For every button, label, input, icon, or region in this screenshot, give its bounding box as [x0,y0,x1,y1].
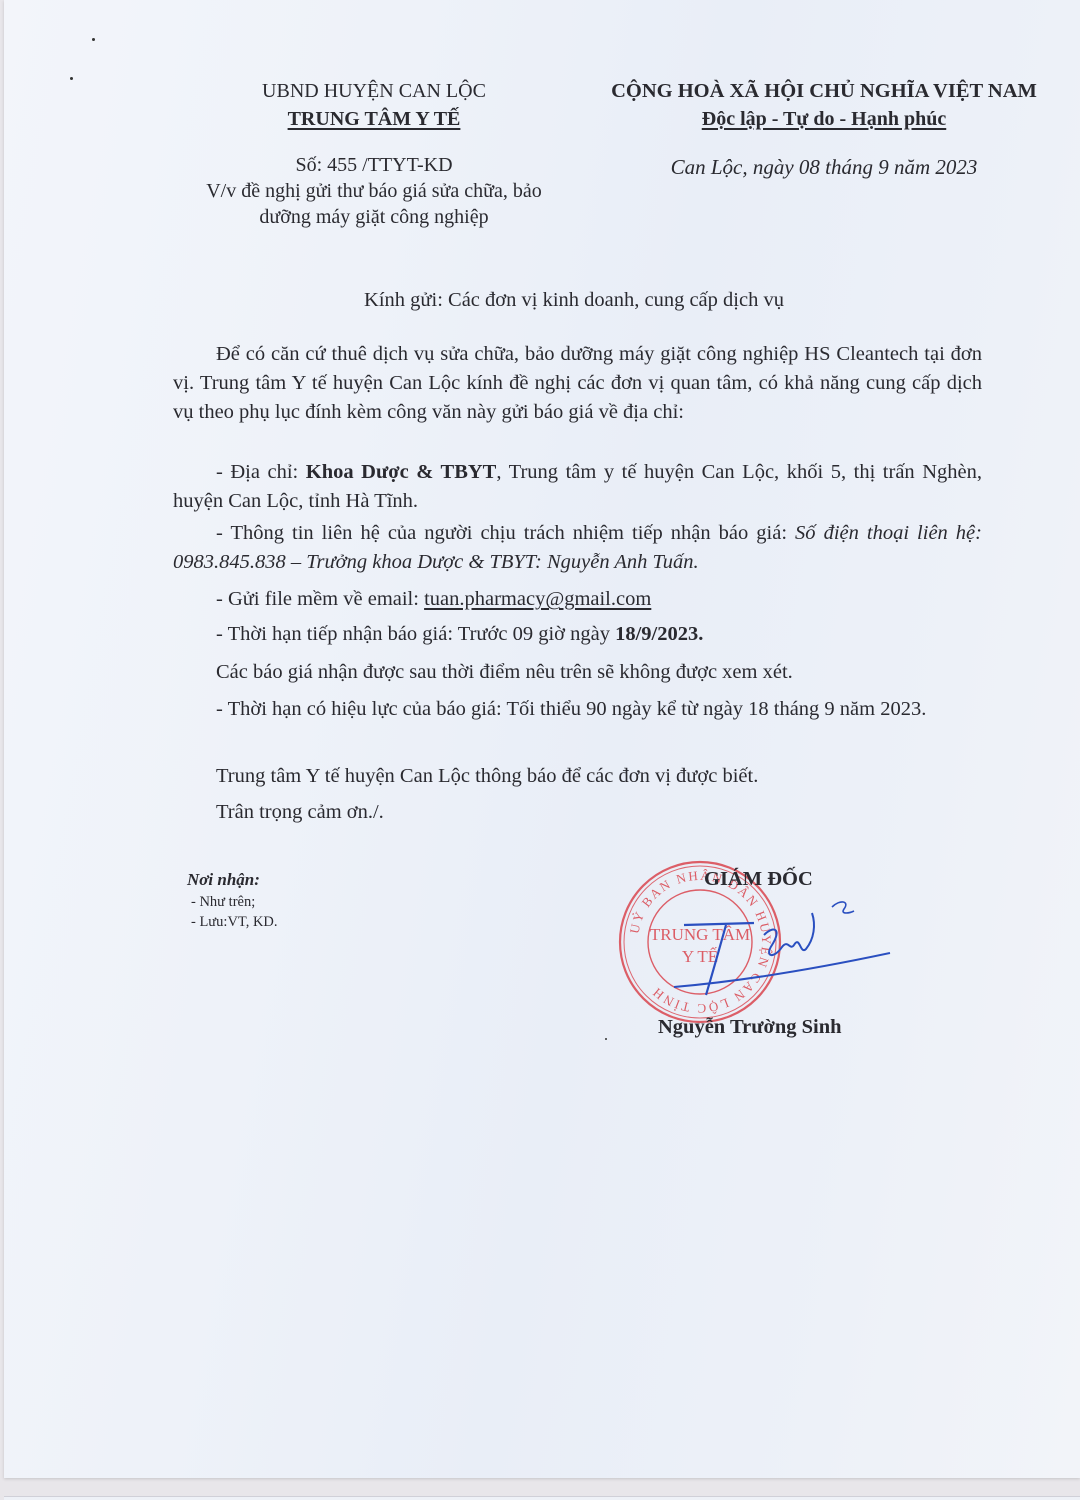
contact-prefix: - Thông tin liên hệ của người chịu trách… [216,522,795,544]
subject-line-1: V/v đề nghị gửi thư báo giá sửa chữa, bả… [164,178,584,204]
deadline-paragraph: - Thời hạn tiếp nhận báo giá: Trước 09 g… [173,620,982,649]
validity-paragraph: - Thời hạn có hiệu lực của báo giá: Tối … [173,695,982,724]
recipient-item: - Lưu:VT, KD. [191,914,278,931]
issuing-unit: TRUNG TÂM Y TẾ [164,106,584,132]
deadline-date: 18/9/2023. [615,623,703,645]
intro-paragraph: Để có căn cứ thuê dịch vụ sửa chữa, bảo … [173,340,982,427]
scan-speck [605,1038,607,1040]
national-header-block: CỘNG HOÀ XÃ HỘI CHỦ NGHĨA VIỆT NAM Độc l… [584,78,1064,180]
document-page: UBND HUYỆN CAN LỘC TRUNG TÂM Y TẾ Số: 45… [4,0,1080,1478]
address-paragraph: - Địa chỉ: Khoa Dược & TBYT, Trung tâm y… [173,458,982,516]
issuing-agency-block: UBND HUYỆN CAN LỘC TRUNG TÂM Y TẾ Số: 45… [164,78,584,230]
document-number: Số: 455 /TTYT-KD [164,152,584,178]
email-prefix: - Gửi file mềm về email: [216,588,424,610]
recipients-label: Nơi nhận: [187,870,260,890]
handwritten-signature-icon [664,895,894,1005]
address-department: Khoa Dược & TBYT [306,461,497,483]
address-prefix: - Địa chỉ: [216,461,306,483]
subject-line-2: dưỡng máy giặt công nghiệp [164,204,584,230]
recipient-item: - Như trên; [191,894,255,911]
nation-title: CỘNG HOÀ XÃ HỘI CHỦ NGHĨA VIỆT NAM [584,78,1064,104]
national-motto: Độc lập - Tự do - Hạnh phúc [702,108,946,130]
signatory-title: GIÁM ĐỐC [704,868,813,891]
closing-line: Trân trọng cảm ơn./. [173,798,982,827]
salutation: Kính gửi: Các đơn vị kinh doanh, cung cấ… [164,289,984,312]
notice-paragraph: Trung tâm Y tế huyện Can Lộc thông báo đ… [173,762,982,791]
parent-authority: UBND HUYỆN CAN LỘC [164,78,584,104]
signatory-name: Nguyễn Trường Sinh [658,1016,842,1039]
email-paragraph: - Gửi file mềm về email: tuan.pharmacy@g… [173,585,982,614]
deadline-prefix: - Thời hạn tiếp nhận báo giá: Trước 09 g… [216,623,615,645]
email-link[interactable]: tuan.pharmacy@gmail.com [424,588,651,610]
place-and-date: Can Lộc, ngày 08 tháng 9 năm 2023 [584,154,1064,180]
scan-speck [92,38,95,41]
next-page-edge [4,1496,1080,1500]
late-note: Các báo giá nhận được sau thời điểm nêu … [173,658,982,687]
scan-speck [70,77,73,80]
contact-paragraph: - Thông tin liên hệ của người chịu trách… [173,519,982,577]
